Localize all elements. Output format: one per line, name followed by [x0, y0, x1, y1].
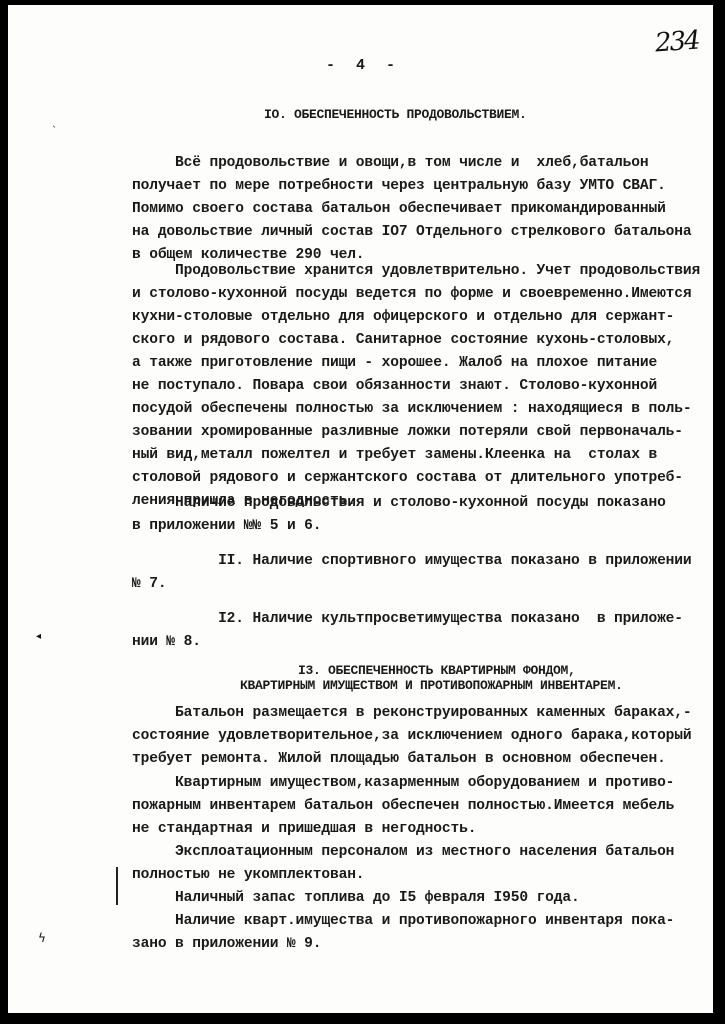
text-line: кухни-столовые отдельно для офицерского … — [132, 309, 674, 325]
text-line: не стандартная и пришедшая в негодность. — [132, 821, 476, 837]
text-line: Квартирным имуществом,казарменным оборуд… — [132, 775, 674, 791]
text-line: зовании хромированные разливные ложки по… — [132, 424, 683, 440]
text-line: на довольствие личный состав IO7 Отдельн… — [132, 224, 692, 240]
text-line: получает по мере потребности через центр… — [132, 178, 666, 194]
text-line: пожарным инвентарем батальон обеспечен п… — [132, 798, 674, 814]
text-line: полностью не укомплектован. — [132, 867, 364, 883]
text-line: Помимо своего состава батальон обеспечив… — [132, 201, 666, 217]
text-line: не поступало. Повара свои обязанности зн… — [132, 378, 657, 394]
text-line: ского и рядового состава. Санитарное сос… — [132, 332, 674, 348]
text-line: Наличный запас топлива до I5 февраля I95… — [132, 890, 580, 906]
text-line: I2. Наличие культпросветимущества показа… — [132, 611, 683, 627]
section-10-heading: IO. ОБЕСПЕЧЕННОСТЬ ПРОДОВОЛЬСТВИЕМ. — [264, 107, 527, 122]
text-line: в приложении №№ 5 и 6. — [132, 518, 321, 534]
margin-dot-mark: ◂ — [36, 631, 41, 642]
text-line: состояние удовлетворительное,за исключен… — [132, 728, 692, 744]
document-page: 234 - 4 - IO. ОБЕСПЕЧЕННОСТЬ ПРОДОВОЛЬСТ… — [8, 5, 713, 1013]
text-line: II. Наличие спортивного имущества показа… — [132, 553, 692, 569]
section-13-heading-line1: I3. ОБЕСПЕЧЕННОСТЬ КВАРТИРНЫМ ФОНДОМ, — [298, 663, 576, 678]
text-line: ный вид,металл пожелтел и требует замены… — [132, 447, 657, 463]
text-line: Наличие кварт.имущества и противопожарно… — [132, 913, 674, 929]
text-line: Эксплоатационным персоналом из местного … — [132, 844, 674, 860]
text-line: Батальон размещается в реконструированны… — [132, 705, 692, 721]
page-number: - 4 - — [8, 57, 713, 74]
text-line: в общем количестве 290 чел. — [132, 247, 364, 263]
text-line: зано в приложении № 9. — [132, 936, 321, 952]
margin-bracket-mark — [116, 867, 118, 905]
handwritten-folio-number: 234 — [654, 26, 700, 59]
margin-tick-mark: ˎ — [52, 117, 57, 128]
text-line: № 7. — [132, 576, 166, 592]
margin-tick-mark: ϟ — [38, 931, 46, 945]
text-line: Наличие продовольствия и столово-кухонно… — [132, 495, 666, 511]
text-line: Всё продовольствие и овощи,в том числе и… — [132, 155, 648, 171]
text-line: а также приготовление пищи - хорошее. Жа… — [132, 355, 657, 371]
text-line: столовой рядового и сержантского состава… — [132, 470, 683, 486]
text-line: требует ремонта. Жилой площадью батальон… — [132, 751, 666, 767]
text-line: и столово-кухонной посуды ведется по фор… — [132, 286, 692, 302]
section-13-heading-line2: КВАРТИРНЫМ ИМУЩЕСТВОМ И ПРОТИВОПОЖАРНЫМ … — [240, 678, 623, 693]
text-line: посудой обеспечены полностью за исключен… — [132, 401, 692, 417]
text-line: Продовольствие хранится удовлетврительно… — [132, 263, 700, 279]
text-line: нии № 8. — [132, 634, 201, 650]
